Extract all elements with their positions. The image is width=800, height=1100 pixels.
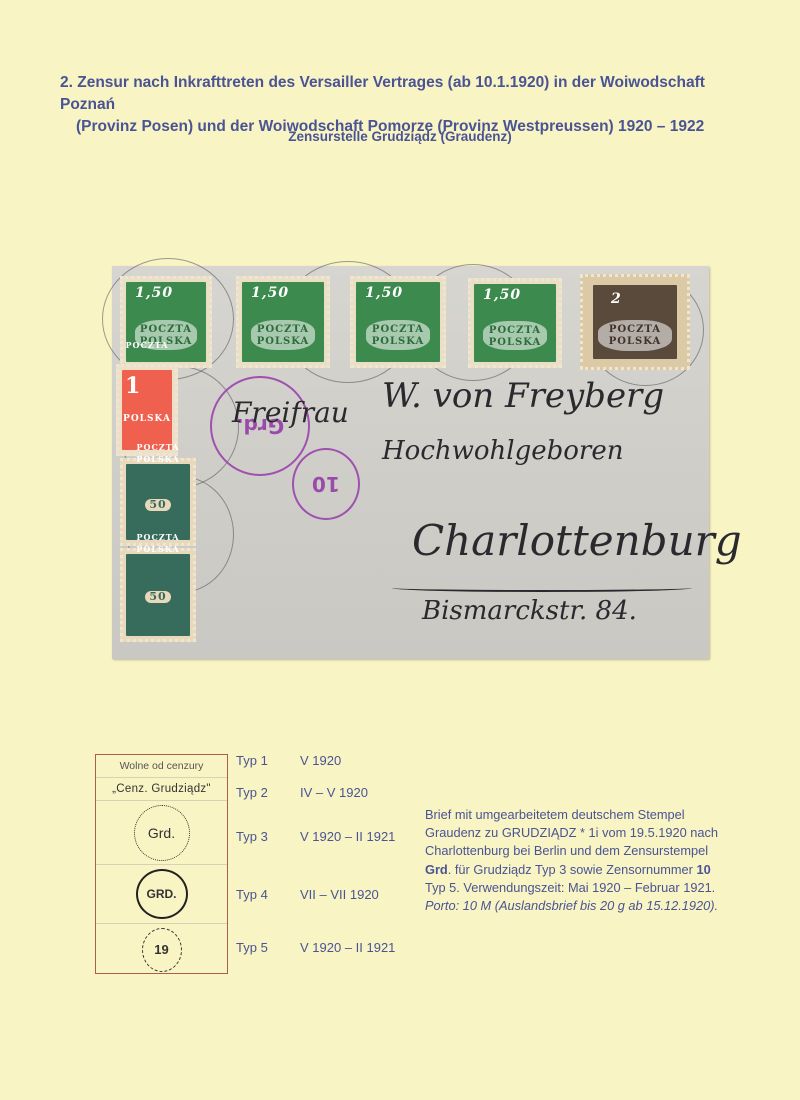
type-4-period: VII – VII 1920 [300,887,379,902]
address-underline [392,584,692,592]
type-1-label: Typ 1 [236,753,268,768]
address-salutation: Freifrau [232,396,349,429]
censor-mark-number: 10 [292,448,360,520]
type-1-period: V 1920 [300,753,341,768]
stamp: 2 POCZTA POLSKA [580,274,690,370]
type-4-label: Typ 4 [236,887,268,902]
type-2-period: IV – V 1920 [300,785,368,800]
subtitle: Zensurstelle Grudziądz (Graudenz) [0,129,800,144]
stamp: 1,50 POCZTA POLSKA [120,276,212,368]
address-street: Bismarckstr. 84. [422,596,637,626]
envelope-image: 1,50 POCZTA POLSKA 1,50 POCZTA POLSKA 1,… [112,266,709,659]
stamp: 1,50 POCZTA POLSKA [236,276,330,368]
type-2-stamp: „Cenz. Grudziądz" [96,778,227,801]
type-2-label: Typ 2 [236,785,268,800]
type-3-period: V 1920 – II 1921 [300,829,395,844]
stamp: 1,50 POCZTA POLSKA [468,278,562,368]
type-3-label: Typ 3 [236,829,268,844]
address-name: W. von Freyberg [382,376,664,416]
type-5-period: V 1920 – II 1921 [300,940,395,955]
type-3-stamp: Grd. [96,801,227,865]
address-city: Charlottenburg [412,516,742,565]
heading-line-1: 2. Zensur nach Inkrafttreten des Versail… [60,72,760,116]
type-5-stamp: 19 [96,924,227,975]
type-1-stamp: Wolne od cenzury [96,755,227,778]
address-honorific: Hochwohlgeboren [382,436,624,466]
censor-types-box: Wolne od cenzury „Cenz. Grudziądz" Grd. … [95,754,228,974]
type-4-stamp: GRD. [96,865,227,924]
description: Brief mit umgearbeitetem deutschem Stemp… [425,806,745,915]
stamp: 1,50 POCZTA POLSKA [350,276,446,368]
stamp: POCZTA POLSKA 50 [120,548,196,642]
type-5-label: Typ 5 [236,940,268,955]
